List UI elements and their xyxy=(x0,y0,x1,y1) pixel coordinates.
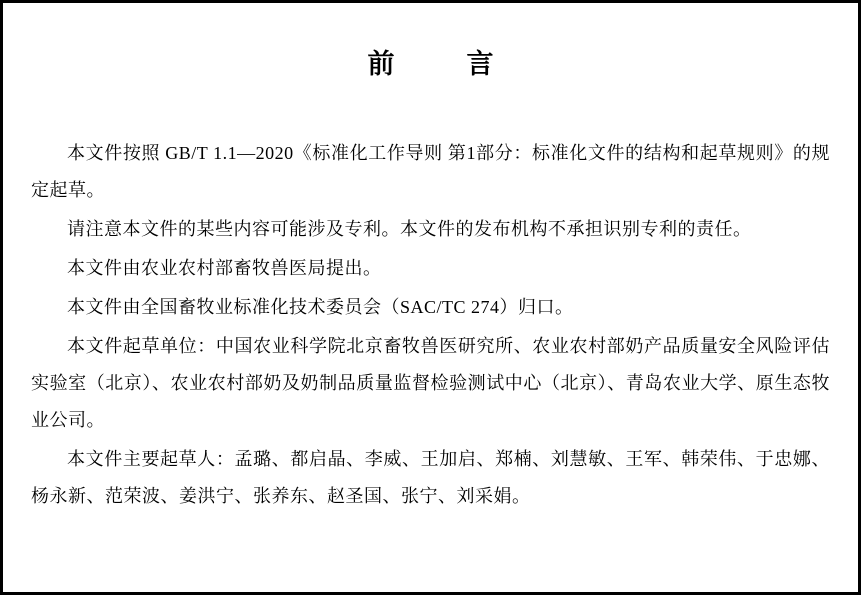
document-page: 前 言 本文件按照 GB/T 1.1—2020《标准化工作导则 第1部分：标准化… xyxy=(0,0,861,595)
para-drafting-basis: 本文件按照 GB/T 1.1—2020《标准化工作导则 第1部分：标准化文件的结… xyxy=(31,135,830,209)
page-title: 前 言 xyxy=(3,47,858,81)
para-main-drafters: 本文件主要起草人：孟璐、都启晶、李威、王加启、郑楠、刘慧敏、王军、韩荣伟、于忠娜… xyxy=(31,441,830,515)
para-proposer: 本文件由农业农村部畜牧兽医局提出。 xyxy=(31,250,830,287)
para-drafting-organizations: 本文件起草单位：中国农业科学院北京畜牧兽医研究所、农业农村部奶产品质量安全风险评… xyxy=(31,328,830,439)
document-body: 本文件按照 GB/T 1.1—2020《标准化工作导则 第1部分：标准化文件的结… xyxy=(31,135,830,515)
para-centralized-committee: 本文件由全国畜牧业标准化技术委员会（SAC/TC 274）归口。 xyxy=(31,289,830,326)
para-patent-notice: 请注意本文件的某些内容可能涉及专利。本文件的发布机构不承担识别专利的责任。 xyxy=(31,211,830,248)
